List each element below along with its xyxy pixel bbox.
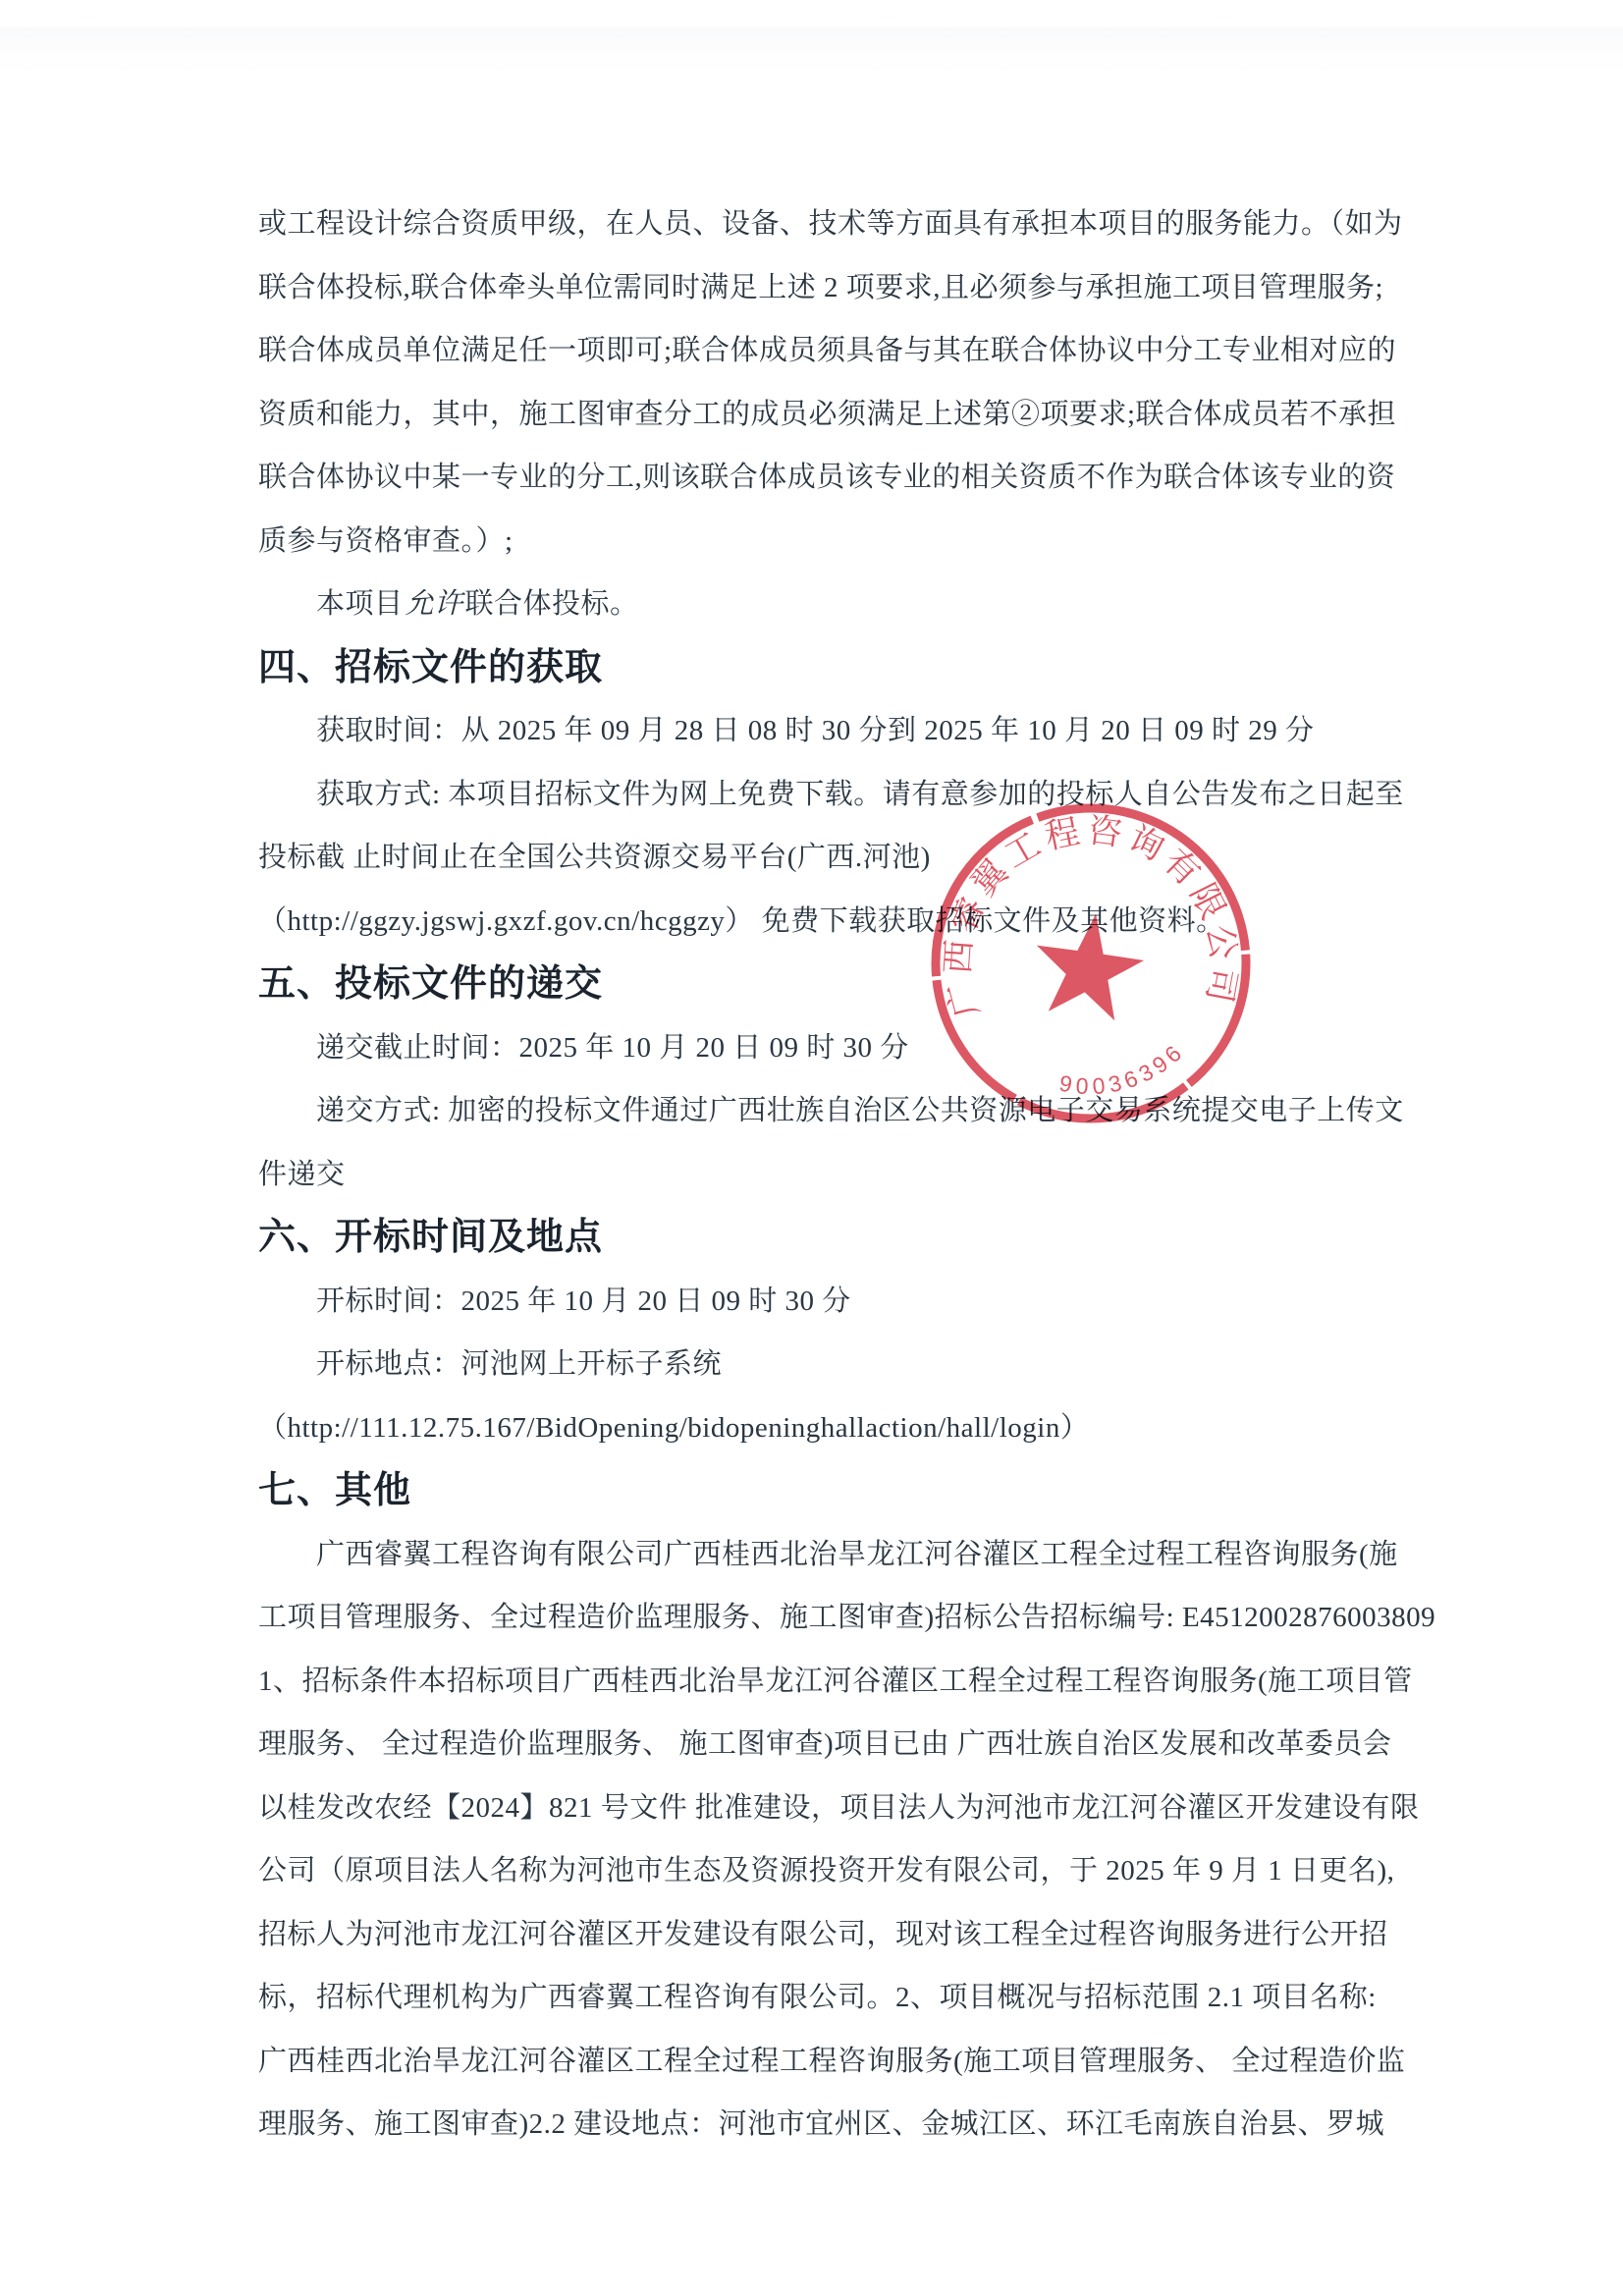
doc-line: 件递交 (258, 1143, 1385, 1207)
doc-line: 理服务、 全过程造价监理服务、 施工图审查)项目已由 广西壮族自治区发展和改革委… (258, 1713, 1385, 1777)
doc-line: 标，招标代理机构为广西睿翼工程咨询有限公司。2、项目概况与招标范围 2.1 项目… (258, 1966, 1385, 2030)
doc-line: 招标人为河池市龙江河谷灌区开发建设有限公司，现对该工程全过程咨询服务进行公开招 (258, 1903, 1385, 1967)
doc-line: 广西睿翼工程咨询有限公司广西桂西北治旱龙江河谷灌区工程全过程工程咨询服务(施 (258, 1523, 1385, 1587)
doc-line: 理服务、施工图审查)2.2 建设地点：河池市宜州区、金城江区、环江毛南族自治县、… (258, 2093, 1385, 2157)
doc-line-submit-method: 递交方式: 加密的投标文件通过广西壮族自治区公共资源电子交易系统提交电子上传文 (258, 1079, 1385, 1143)
doc-line: 资质和能力，其中，施工图审查分工的成员必须满足上述第②项要求;联合体成员若不承担 (258, 383, 1385, 447)
doc-line-opening-time: 开标时间：2025 年 10 月 20 日 09 时 30 分 (258, 1270, 1385, 1334)
doc-line: 广西桂西北治旱龙江河谷灌区工程全过程工程咨询服务(施工项目管理服务、 全过程造价… (258, 2030, 1385, 2094)
doc-line: 公司（原项目法人名称为河池市生态及资源投资开发有限公司，于 2025 年 9 月… (258, 1839, 1385, 1903)
doc-line-submit-deadline: 递交截止时间：2025 年 10 月 20 日 09 时 30 分 (258, 1016, 1385, 1080)
doc-line: 1、招标条件本招标项目广西桂西北治旱龙江河谷灌区工程全过程工程咨询服务(施工项目… (258, 1650, 1385, 1714)
doc-line: 联合体成员单位满足任一项即可;联合体成员须具备与其在联合体协议中分工专业相对应的 (258, 319, 1385, 383)
document-body: 或工程设计综合资质甲级，在人员、设备、技术等方面具有承担本项目的服务能力。（如为… (258, 192, 1385, 2157)
doc-line-obtain-time: 获取时间：从 2025 年 09 月 28 日 08 时 30 分到 2025 … (258, 699, 1385, 763)
section-heading-4: 四、招标文件的获取 (258, 636, 1385, 700)
doc-line: 以桂发改农经【2024】821 号文件 批准建设，项目法人为河池市龙江河谷灌区开… (258, 1777, 1385, 1840)
doc-line: 工项目管理服务、全过程造价监理服务、施工图审查)招标公告招标编号: E45120… (258, 1586, 1385, 1650)
doc-line-opening-place: 开标地点：河池网上开标子系统 (258, 1333, 1385, 1396)
doc-text: 联合体投标。 (465, 588, 639, 620)
doc-line: 联合体协议中某一专业的分工,则该联合体成员该专业的相关资质不作为联合体该专业的资 (258, 446, 1385, 510)
doc-line-obtain-method: 获取方式: 本项目招标文件为网上免费下载。请有意参加的投标人自公告发布之日起至 (258, 763, 1385, 827)
section-heading-6: 六、开标时间及地点 (258, 1206, 1385, 1270)
scanned-document-page: 或工程设计综合资质甲级，在人员、设备、技术等方面具有承担本项目的服务能力。（如为… (0, 0, 1623, 2296)
section-heading-7: 七、其他 (258, 1459, 1385, 1523)
doc-line-download-url: （http://ggzy.jgswj.gxzf.gov.cn/hcggzy） 免… (258, 890, 1385, 954)
doc-text-italic: 允许 (404, 588, 465, 620)
doc-line: 或工程设计综合资质甲级，在人员、设备、技术等方面具有承担本项目的服务能力。（如为 (258, 192, 1385, 256)
section-heading-5: 五、投标文件的递交 (258, 953, 1385, 1016)
doc-line: 联合体投标,联合体牵头单位需同时满足上述 2 项要求,且必须参与承担施工项目管理… (258, 256, 1385, 320)
doc-line-opening-url: （http://111.12.75.167/BidOpening/bidopen… (258, 1396, 1385, 1460)
doc-text: 本项目 (316, 588, 404, 620)
scan-noise-band (0, 27, 1623, 73)
doc-line: 质参与资格审查。）; (258, 510, 1385, 574)
doc-line: 投标截 止时间止在全国公共资源交易平台(广西.河池) (258, 826, 1385, 890)
doc-line-consortium-allowed: 本项目允许联合体投标。 (258, 573, 1385, 636)
